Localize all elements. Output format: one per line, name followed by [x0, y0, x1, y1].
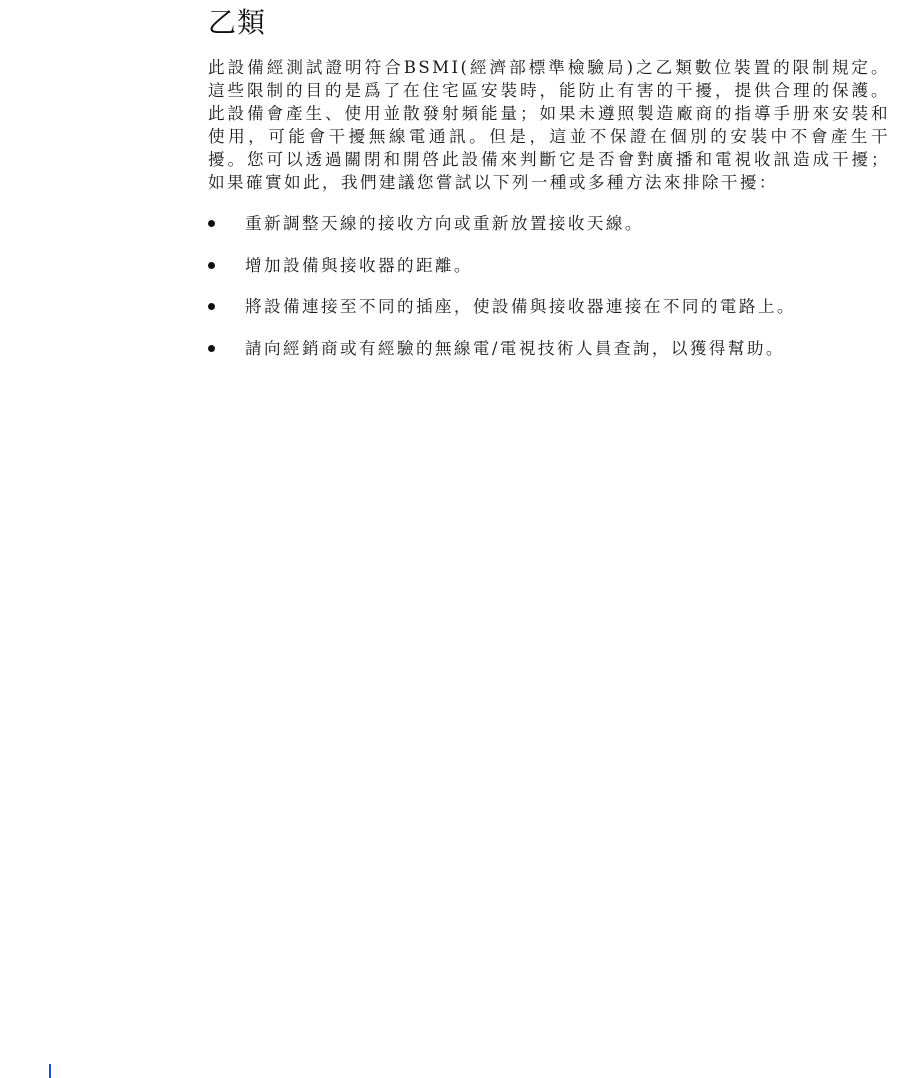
bullet-icon [208, 303, 215, 310]
section-title: 乙類 [208, 5, 266, 41]
list-item: 重新調整天線的接收方向或重新放置接收天線。 [208, 212, 890, 254]
list-item: 增加設備與接收器的距離。 [208, 254, 890, 296]
list-item-text: 增加設備與接收器的距離。 [245, 254, 473, 277]
change-bar-marker [49, 1064, 51, 1078]
remedy-list: 重新調整天線的接收方向或重新放置接收天線。 增加設備與接收器的距離。 將設備連接… [208, 212, 890, 378]
list-item: 請向經銷商或有經驗的無線電/電視技術人員查詢，以獲得幫助。 [208, 337, 890, 379]
list-item-text: 請向經銷商或有經驗的無線電/電視技術人員查詢，以獲得幫助。 [245, 337, 785, 360]
body-paragraph: 此設備經測試證明符合BSMI(經濟部標準檢驗局)之乙類數位裝置的限制規定。這些限… [208, 56, 890, 194]
list-item-text: 重新調整天線的接收方向或重新放置接收天線。 [245, 212, 644, 235]
list-item-text: 將設備連接至不同的插座，使設備與接收器連接在不同的電路上。 [245, 295, 796, 318]
bullet-icon [208, 220, 215, 227]
bullet-icon [208, 345, 215, 352]
bullet-icon [208, 262, 215, 269]
list-item: 將設備連接至不同的插座，使設備與接收器連接在不同的電路上。 [208, 295, 890, 337]
